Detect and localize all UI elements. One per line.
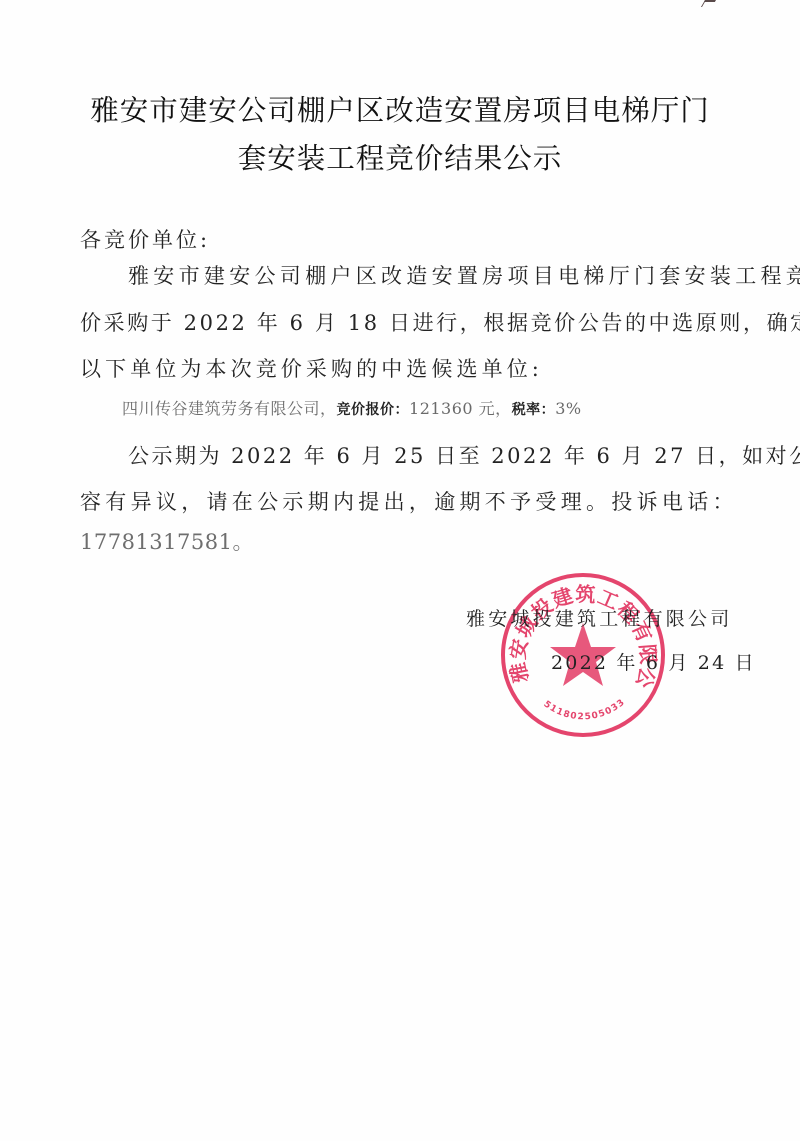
document-title-line1: 雅安市建安公司棚户区改造安置房项目电梯厅门 — [0, 88, 800, 129]
tax-label: 税率： — [512, 402, 556, 418]
document-page: 雅安市建安公司棚户区改造安置房项目电梯厅门 套安装工程竞价结果公示 各竞价单位:… — [0, 0, 800, 1141]
paragraph1-line2: 价采购于 2022 年 6 月 18 日进行，根据竞价公告的中选原则，确定 — [80, 307, 800, 337]
paragraph2-line2: 容有异议，请在公示期内提出，逾期不予受理。投诉电话： — [80, 486, 738, 516]
signature-company: 雅安城投建筑工程有限公司 — [466, 604, 732, 631]
winning-bidder: 四川传谷建筑劳务有限公司，竞价报价：121360 元，税率：3% — [122, 396, 582, 419]
price-label: 竞价报价： — [337, 402, 410, 418]
signature-date: 2022 年 6 月 24 日 — [551, 648, 756, 675]
document-title-line2: 套安装工程竞价结果公示 — [0, 136, 800, 177]
paragraph2-line1: 公示期为 2022 年 6 月 25 日至 2022 年 6 月 27 日，如对… — [128, 440, 800, 470]
salutation: 各竞价单位: — [80, 224, 210, 254]
paragraph1-line1: 雅安市建安公司棚户区改造安置房项目电梯厅门套安装工程竞 — [128, 260, 800, 290]
tax-value: 3% — [555, 399, 581, 418]
price-value: 121360 元， — [409, 399, 512, 418]
paragraph1-line3: 以下单位为本次竞价采购的中选候选单位: — [80, 353, 543, 383]
complaint-phone: 17781317581。 — [80, 526, 254, 556]
scan-corner-mark — [701, 0, 716, 7]
winner-company: 四川传谷建筑劳务有限公司， — [122, 399, 337, 418]
